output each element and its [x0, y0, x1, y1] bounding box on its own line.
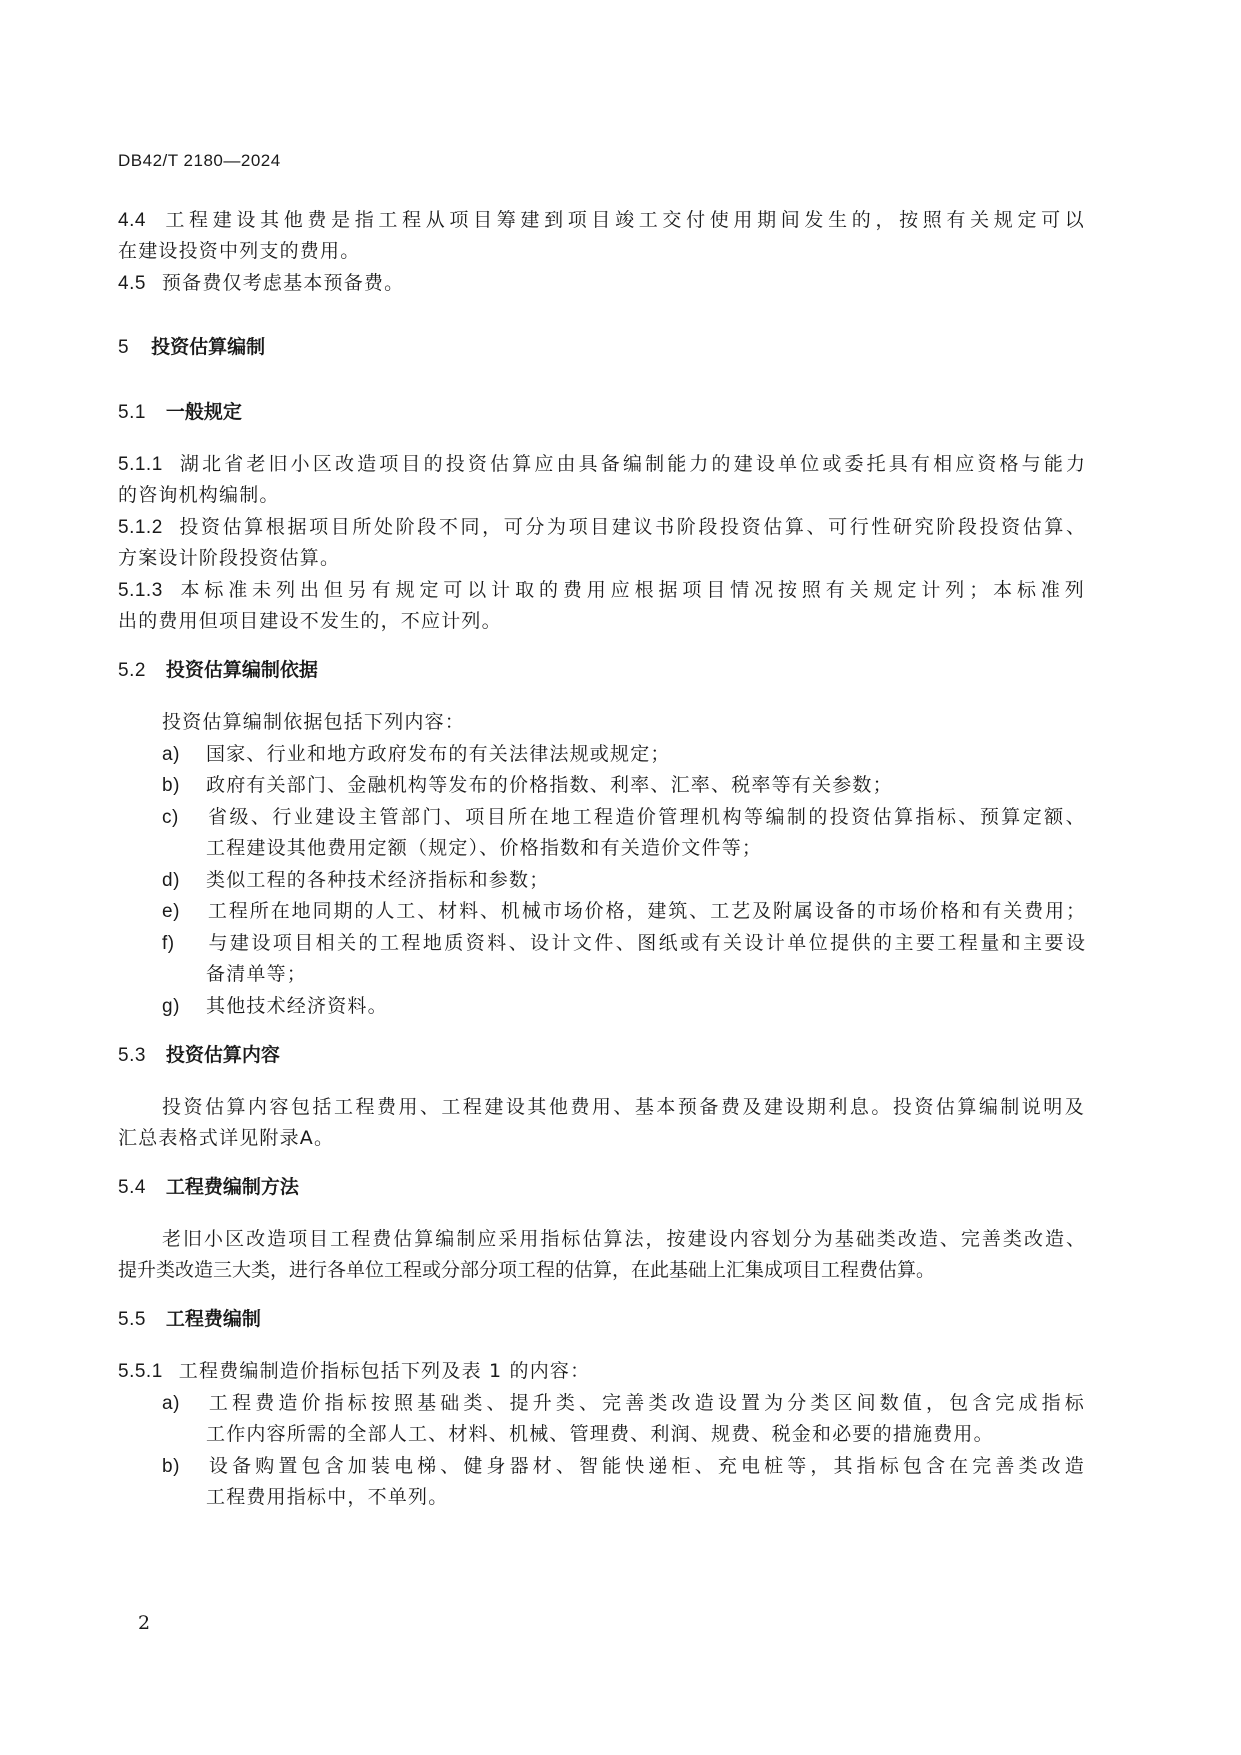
list-item-5-5-1-b-line2: 工程费用指标中，不单列。: [206, 1482, 448, 1509]
list-label: a): [162, 1393, 206, 1415]
clause-5-1-1-line2: 的咨询机构编制。: [118, 480, 280, 507]
list-text: 其他技术经济资料。: [206, 995, 388, 1017]
section-title: 工程费编制: [166, 1308, 261, 1330]
list-item-f: f)与建设项目相关的工程地质资料、设计文件、图纸或有关设计单位提供的主要工程量和…: [162, 928, 1085, 955]
clause-number: 4.5: [118, 273, 146, 295]
clause-5-1-1-line1: 5.1.1湖北省老旧小区改造项目的投资估算应由具备编制能力的建设单位或委托具有相…: [118, 449, 1085, 476]
section-title: 工程费编制方法: [166, 1176, 299, 1198]
list-label: g): [162, 996, 206, 1018]
section-number: 5.4: [118, 1177, 146, 1199]
section-5-3-line1: 投资估算内容包括工程费用、工程建设其他费用、基本预备费及建设期利息。投资估算编制…: [162, 1092, 1085, 1119]
clause-number: 4.4: [118, 210, 146, 232]
section-5-4-line1: 老旧小区改造项目工程费估算编制应采用指标估算法，按建设内容划分为基础类改造、完善…: [162, 1224, 1085, 1251]
list-text: 工程费造价指标按照基础类、提升类、完善类改造设置为分类区间数值，包含完成指标: [206, 1392, 1085, 1414]
clause-5-5-1: 5.5.1工程费编制造价指标包括下列及表 1 的内容：: [118, 1356, 590, 1383]
list-item-5-5-1-a: a)工程费造价指标按照基础类、提升类、完善类改造设置为分类区间数值，包含完成指标: [162, 1388, 1085, 1415]
list-text: 设备购置包含加装电梯、健身器材、智能快递柜、充电桩等，其指标包含在完善类改造: [206, 1455, 1085, 1477]
clause-4-5: 4.5预备费仅考虑基本预备费。: [118, 268, 404, 295]
list-item-b: b)政府有关部门、金融机构等发布的价格指数、利率、汇率、税率等有关参数；: [162, 770, 893, 797]
section-5-heading: 5投资估算编制: [118, 332, 265, 359]
list-label: f): [162, 933, 206, 955]
section-5-4-line2: 提升类改造三大类，进行各单位工程或分部分项工程的估算，在此基础上汇集成项目工程费…: [118, 1255, 935, 1282]
clause-number: 5.1.1: [118, 454, 163, 476]
list-text: 省级、行业建设主管部门、项目所在地工程造价管理机构等编制的投资估算指标、预算定额…: [206, 806, 1085, 828]
clause-5-1-2-line2: 方案设计阶段投资估算。: [118, 543, 340, 570]
section-number: 5.5: [118, 1309, 146, 1331]
clause-text: 投资估算根据项目所处阶段不同，可分为项目建议书阶段投资估算、可行性研究阶段投资估…: [177, 516, 1085, 538]
section-number: 5.2: [118, 660, 146, 682]
section-5-1-heading: 5.1一般规定: [118, 397, 242, 424]
clause-number: 5.1.3: [118, 580, 163, 602]
clause-4-4-line2: 在建设投资中列支的费用。: [118, 236, 360, 263]
list-label: b): [162, 1456, 206, 1478]
list-item-5-5-1-a-line2: 工作内容所需的全部人工、材料、机械、管理费、利润、规费、税金和必要的措施费用。: [206, 1419, 994, 1446]
section-5-5-heading: 5.5工程费编制: [118, 1304, 261, 1331]
clause-text: 本标准未列出但另有规定可以计取的费用应根据项目情况按照有关规定计列；本标准列: [177, 579, 1085, 601]
document-page: DB42/T 2180—2024 4.4工程建设其他费是指工程从项目筹建到项目竣…: [0, 0, 1241, 1755]
clause-text: 湖北省老旧小区改造项目的投资估算应由具备编制能力的建设单位或委托具有相应资格与能…: [177, 453, 1085, 475]
list-item-c-line2: 工程建设其他费用定额（规定）、价格指数和有关造价文件等；: [206, 833, 762, 860]
clause-text: 工程费编制造价指标包括下列及表 1 的内容：: [179, 1360, 591, 1382]
list-label: c): [162, 807, 206, 829]
section-number: 5.1: [118, 402, 146, 424]
section-number: 5: [118, 337, 129, 359]
list-item-d: d)类似工程的各种技术经济指标和参数；: [162, 865, 549, 892]
list-text: 政府有关部门、金融机构等发布的价格指数、利率、汇率、税率等有关参数；: [206, 774, 893, 796]
section-title: 一般规定: [166, 401, 242, 423]
list-text: 类似工程的各种技术经济指标和参数；: [206, 869, 549, 891]
section-title: 投资估算编制: [151, 336, 265, 358]
list-text: 国家、行业和地方政府发布的有关法律法规或规定；: [206, 743, 671, 765]
section-title: 投资估算内容: [166, 1044, 280, 1066]
list-item-e: e)工程所在地同期的人工、材料、机械市场价格，建筑、工艺及附属设备的市场价格和有…: [162, 896, 1085, 923]
list-item-g: g)其他技术经济资料。: [162, 991, 388, 1018]
list-item-a: a)国家、行业和地方政府发布的有关法律法规或规定；: [162, 739, 671, 766]
standard-code-header: DB42/T 2180—2024: [118, 151, 281, 171]
clause-5-1-2-line1: 5.1.2投资估算根据项目所处阶段不同，可分为项目建议书阶段投资估算、可行性研究…: [118, 512, 1085, 539]
clause-4-4-line1: 4.4工程建设其他费是指工程从项目筹建到项目竣工交付使用期间发生的，按照有关规定…: [118, 205, 1085, 232]
clause-number: 5.1.2: [118, 517, 163, 539]
list-label: d): [162, 870, 206, 892]
section-5-3-heading: 5.3投资估算内容: [118, 1040, 280, 1067]
clause-number: 5.5.1: [118, 1361, 163, 1383]
page-number: 2: [138, 1612, 150, 1634]
list-item-c: c)省级、行业建设主管部门、项目所在地工程造价管理机构等编制的投资估算指标、预算…: [162, 802, 1085, 829]
clause-5-1-3-line1: 5.1.3本标准未列出但另有规定可以计取的费用应根据项目情况按照有关规定计列；本…: [118, 575, 1085, 602]
clause-text: 预备费仅考虑基本预备费。: [162, 272, 404, 294]
list-label: a): [162, 744, 206, 766]
list-label: e): [162, 901, 206, 923]
list-text: 工程所在地同期的人工、材料、机械市场价格，建筑、工艺及附属设备的市场价格和有关费…: [206, 900, 1085, 922]
list-item-f-line2: 备清单等；: [206, 959, 307, 986]
list-label: b): [162, 775, 206, 797]
section-5-2-intro: 投资估算编制依据包括下列内容：: [162, 707, 465, 734]
list-text: 与建设项目相关的工程地质资料、设计文件、图纸或有关设计单位提供的主要工程量和主要…: [206, 932, 1085, 954]
section-5-2-heading: 5.2投资估算编制依据: [118, 655, 318, 682]
section-title: 投资估算编制依据: [166, 659, 318, 681]
clause-text: 工程建设其他费是指工程从项目筹建到项目竣工交付使用期间发生的，按照有关规定可以: [162, 209, 1085, 231]
list-item-5-5-1-b: b)设备购置包含加装电梯、健身器材、智能快递柜、充电桩等，其指标包含在完善类改造: [162, 1451, 1085, 1478]
section-5-4-heading: 5.4工程费编制方法: [118, 1172, 299, 1199]
clause-5-1-3-line2: 出的费用但项目建设不发生的，不应计列。: [118, 606, 502, 633]
section-5-3-line2: 汇总表格式详见附录A。: [118, 1123, 334, 1150]
section-number: 5.3: [118, 1045, 146, 1067]
